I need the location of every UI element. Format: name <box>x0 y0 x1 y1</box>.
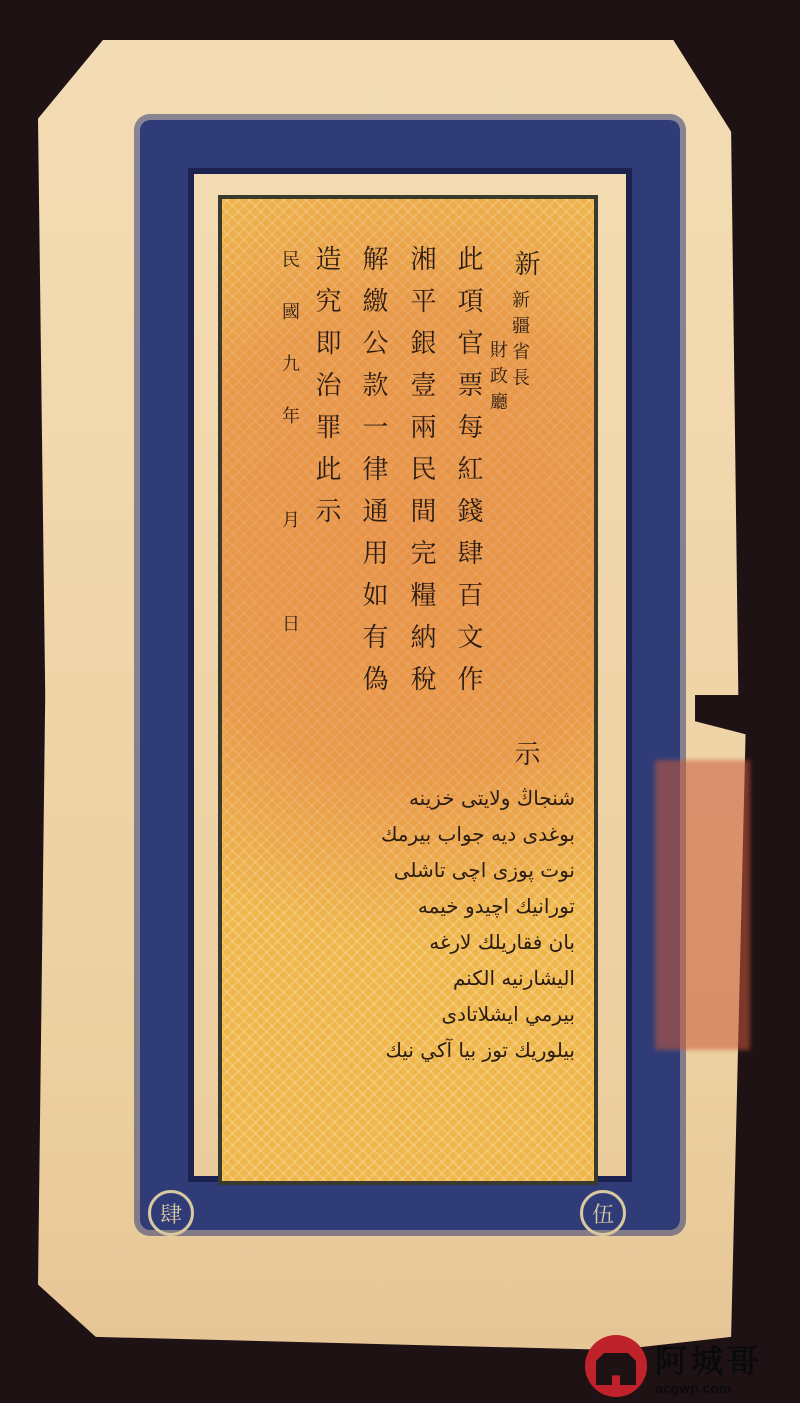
text-column-5: 造究即治罪此示 <box>313 245 339 539</box>
text-column-1: 新 <box>512 250 538 292</box>
corner-emblem-left: 肆 <box>148 1190 194 1236</box>
watermark-url: acgwp.com <box>655 1380 763 1396</box>
red-seal-stamp <box>655 760 750 1050</box>
text-column-3: 湘平銀壹兩民間完糧納稅 <box>408 245 434 707</box>
date-column: 民國九年 月 日 <box>280 250 298 666</box>
notice-character: 示 <box>512 740 538 782</box>
issuer-header-line2: 財政廳 <box>488 340 506 418</box>
uyghur-script-text: شنجاڭ ولايتى خزينه بوغدى ديه جواب بيرمك … <box>255 780 575 1068</box>
watermark-name: 阿城哥 <box>655 1336 763 1382</box>
watermark-logo: 阿城哥 acgwp.com <box>585 1335 763 1397</box>
corner-emblem-right: 伍 <box>580 1190 626 1236</box>
text-column-2: 此項官票每紅錢肆百文作 <box>455 245 481 707</box>
gate-logo-icon <box>585 1335 647 1397</box>
issuer-header: 新疆省長 <box>510 290 528 394</box>
text-column-4: 解繳公款一律通用如有偽 <box>360 245 386 707</box>
